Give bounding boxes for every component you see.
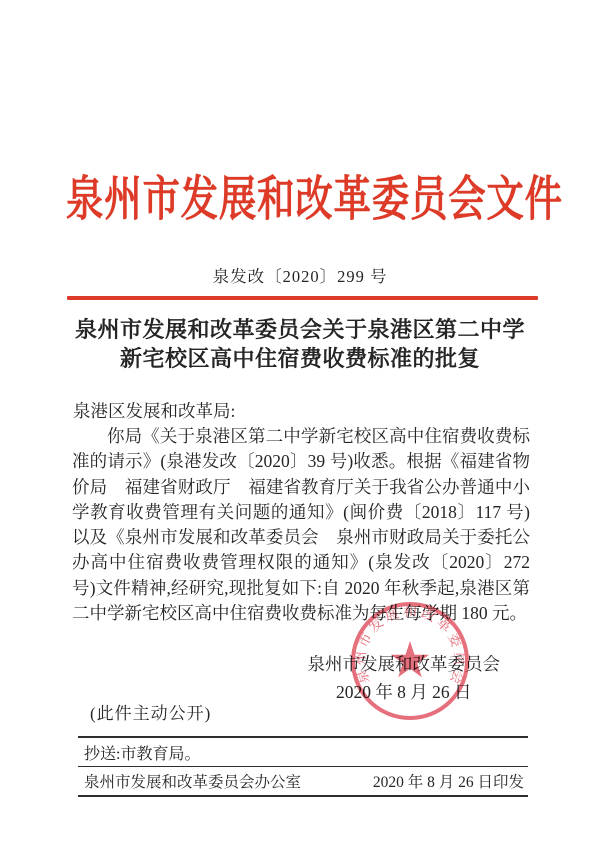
agency-header-title: 泉州市发展和改革委员会文件 (66, 160, 534, 229)
addressee-line: 泉港区发展和改革局: (73, 398, 235, 423)
footer-issuing-office: 泉州市发展和改革委员会办公室 (84, 770, 301, 792)
document-number: 泉发改〔2020〕299 号 (0, 263, 600, 287)
cc-line: 抄送:市教育局。 (78, 738, 528, 766)
red-divider-rule (67, 296, 538, 300)
disclosure-note: (此件主动公开) (90, 699, 211, 724)
footer-row: 泉州市发展和改革委员会办公室 2020 年 8 月 26 日印发 (78, 767, 528, 795)
document-title-line2: 新宅校区高中住宿费收费标准的批复 (40, 344, 560, 373)
signature-date: 2020 年 8 月 26 日 (336, 678, 472, 706)
document-page: 泉州市发展和改革委员会文件 泉发改〔2020〕299 号 泉州市发展和改革委员会… (0, 0, 600, 848)
document-title: 泉州市发展和改革委员会关于泉港区第二中学 新宅校区高中住宿费收费标准的批复 (40, 315, 560, 373)
body-paragraph: 你局《关于泉港区第二中学新宅校区高中住宿费收费标准的请示》(泉港发改〔2020〕… (72, 424, 530, 626)
footer-block: 抄送:市教育局。 泉州市发展和改革委员会办公室 2020 年 8 月 26 日印… (78, 736, 528, 797)
footer-print-date: 2020 年 8 月 26 日印发 (373, 770, 524, 792)
signature-organization: 泉州市发展和改革委员会 (308, 650, 501, 678)
signature-block: 泉州市发展和改革委员会 2020 年 8 月 26 日 (308, 650, 501, 706)
document-title-line1: 泉州市发展和改革委员会关于泉港区第二中学 (40, 315, 560, 344)
footer-rule-bottom (78, 795, 528, 797)
